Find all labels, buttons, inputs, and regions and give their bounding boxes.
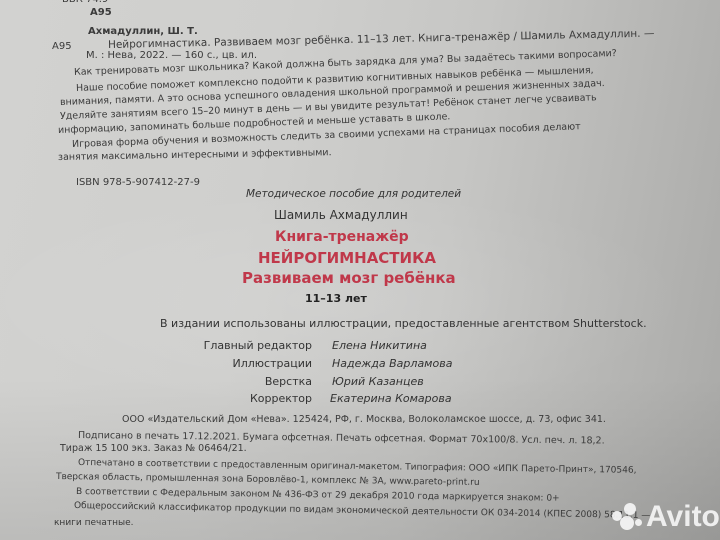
imprint-line-1: ООО «Издательский Дом «Нева». 125424, РФ… [122, 414, 606, 425]
subtitle-italic: Методическое пособие для родителей [246, 188, 461, 200]
bbk-code: ББК 74.9 [62, 0, 108, 5]
title-line-3: Развиваем мозг ребёнка [242, 269, 456, 287]
imprint-line-7: Общероссийский классификатор продукции п… [74, 501, 651, 521]
credit-role: Иллюстрации [112, 357, 312, 370]
age-range: 11–13 лет [305, 292, 367, 305]
credit-role: Главный редактор [112, 339, 312, 352]
margin-code: А95 [52, 41, 72, 52]
imprint-line-6: В соответствии с Федеральным законом № 4… [76, 487, 560, 504]
annotation-line-7: занятия максимально интересными и эффект… [58, 147, 332, 163]
imprint-line-8: книги печатные. [54, 518, 134, 528]
bib-line-2: М. : Нева, 2022. — 160 с., цв. ил. [86, 50, 257, 61]
avito-watermark: Avito [612, 500, 720, 534]
title-line-1: Книга-тренажёр [275, 229, 409, 245]
imprint-line-3: Тираж 15 100 экз. Заказ № 06464/21. [60, 443, 247, 454]
credit-name: Юрий Казанцев [332, 375, 424, 388]
credit-name: Елена Никитина [332, 339, 427, 352]
avito-brand-text: Avito [646, 500, 720, 534]
credit-role: Верстка [112, 375, 312, 388]
isbn: ISBN 978-5-907412-27-9 [76, 177, 200, 188]
imprint-line-5: Тверская область, промышленная зона Боро… [56, 472, 480, 488]
avito-logo-icon [612, 503, 642, 531]
illustrations-note: В издании использованы иллюстрации, пред… [160, 317, 647, 330]
credit-role: Корректор [112, 392, 312, 405]
credit-name: Надежда Варламова [332, 357, 452, 370]
author-heading: Ахмадуллин, Ш. Т. [88, 26, 198, 37]
credit-name: Екатерина Комарова [330, 392, 452, 405]
author-code: А95 [90, 7, 112, 18]
author-name: Шамиль Ахмадуллин [274, 208, 408, 222]
title-line-2: НЕЙРОГИМНАСТИКА [258, 249, 436, 267]
